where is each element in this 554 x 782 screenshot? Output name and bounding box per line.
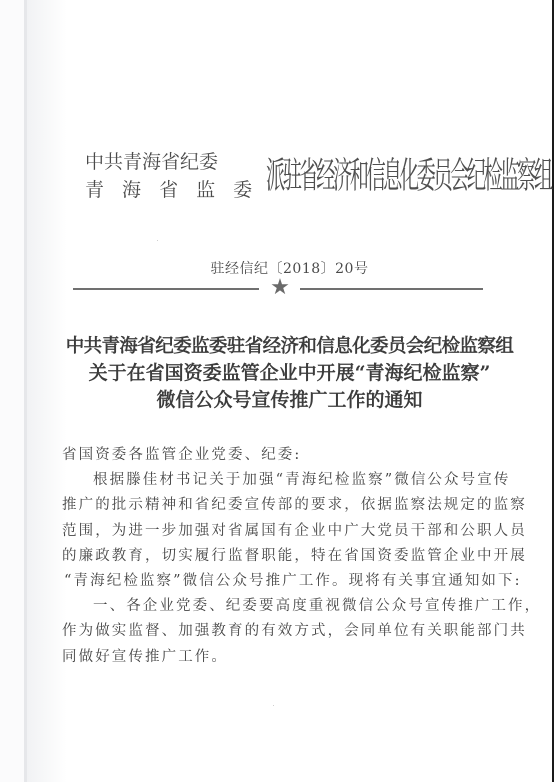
divider-rule-left bbox=[73, 288, 259, 290]
body-line: 的廉政教育，切实履行监督职能，特在省国资委监管企业中开展 bbox=[62, 544, 512, 569]
body-line: 范围，为进一步加强对省属国有企业中广大党员干部和公职人员 bbox=[62, 519, 512, 544]
issuer-party-committee: 中共青海省纪委 bbox=[85, 150, 258, 174]
document-title: 中共青海省纪委监委驻省经济和信息化委员会纪检监察组 关于在省国资委监管企业中开展… bbox=[27, 333, 552, 414]
red-head-divider: ★ bbox=[73, 281, 483, 297]
document-page: 中共青海省纪委 青 海 省 监 委 派驻省经济和信息化委员会纪检监察组 驻经信纪… bbox=[27, 0, 552, 782]
title-line-3: 微信公众号宣传推广工作的通知 bbox=[27, 387, 552, 414]
body-line: 同做好宣传推广工作。 bbox=[62, 645, 512, 670]
body-line: 根据滕佳材书记关于加强“青海纪检监察”微信公众号宣传 bbox=[62, 468, 512, 493]
issuer-stack: 中共青海省纪委 青 海 省 监 委 bbox=[85, 150, 258, 202]
title-line-2: 关于在省国资委监管企业中开展“青海纪检监察” bbox=[27, 360, 552, 387]
body-line: 一、各企业党委、纪委要高度重视微信公众号宣传推广工作， bbox=[62, 594, 512, 619]
scan-left-margin bbox=[0, 0, 26, 782]
document-body: 省国资委各监管企业党委、纪委: 根据滕佳材书记关于加强“青海纪检监察”微信公众号… bbox=[62, 443, 512, 670]
scan-speckle bbox=[273, 705, 274, 706]
body-line: 作为做实监督、加强教育的有效方式，会同单位有关职能部门共 bbox=[62, 619, 512, 644]
scan-speckle bbox=[497, 560, 498, 561]
issuer-supervision-committee: 青 海 省 监 委 bbox=[85, 178, 258, 202]
body-line: “青海纪检监察”微信公众号推广工作。现将有关事宜通知如下: bbox=[62, 569, 512, 594]
scan-speckle bbox=[157, 240, 158, 241]
salutation: 省国资委各监管企业党委、纪委: bbox=[62, 443, 512, 468]
star-icon: ★ bbox=[269, 277, 291, 299]
body-line: 推广的批示精神和省纪委宣传部的要求，依据监察法规定的监察 bbox=[62, 493, 512, 518]
masthead: 中共青海省纪委 青 海 省 监 委 派驻省经济和信息化委员会纪检监察组 bbox=[85, 150, 554, 202]
issuer-dispatched-group: 派驻省经济和信息化委员会纪检监察组 bbox=[266, 147, 551, 205]
title-line-1: 中共青海省纪委监委驻省经济和信息化委员会纪检监察组 bbox=[27, 333, 552, 360]
divider-rule-right bbox=[300, 288, 483, 290]
